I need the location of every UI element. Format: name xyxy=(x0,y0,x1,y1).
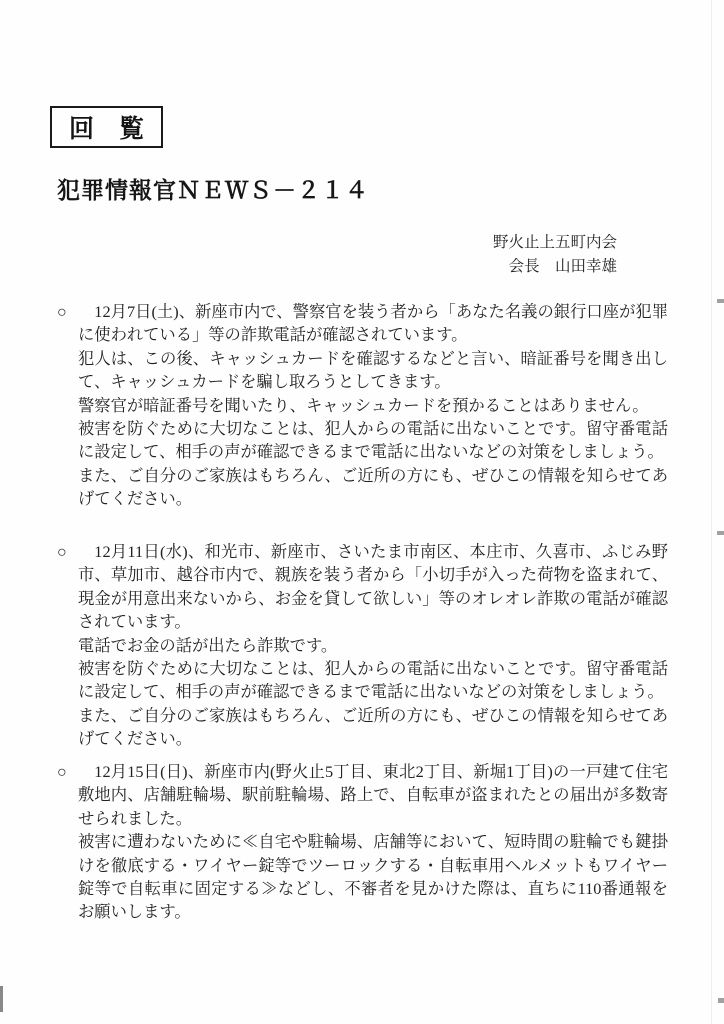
document-title: 犯罪情報官ＮＥＷＳ－２１４ xyxy=(57,172,369,205)
scan-edge-line xyxy=(711,0,712,1024)
issuer-organization: 野火止上五町内会 xyxy=(493,231,617,255)
section-paragraph: 12月11日(水)、和光市、新座市、さいたま市南区、本庄市、久喜市、ふじみ野市、… xyxy=(78,540,668,634)
issuer-representative: 会長 山田幸雄 xyxy=(493,255,617,279)
section-paragraph: 犯人は、この後、キャッシュカードを確認するなどと言い、暗証番号を聞き出して、キャ… xyxy=(78,347,668,394)
circle-bullet-icon: ○ xyxy=(57,541,67,564)
kairan-label: 回 覧 xyxy=(69,109,144,145)
notice-section-bicycle-theft-dec15: ○ 12月15日(日)、新座市内(野火止5丁目、東北2丁目、新堀1丁目)の一戸建… xyxy=(57,760,668,924)
section-paragraph: 警察官が暗証番号を聞いたり、キャッシュカードを預かることはありません。 xyxy=(78,394,668,417)
scan-artifact xyxy=(717,299,724,303)
section-paragraph: 被害を防ぐために大切なことは、犯人からの電話に出ないことです。留守番電話に設定し… xyxy=(78,657,668,704)
section-paragraph: 12月15日(日)、新座市内(野火止5丁目、東北2丁目、新堀1丁目)の一戸建て住… xyxy=(78,760,668,830)
kairan-circulation-stamp-box: 回 覧 xyxy=(50,106,163,148)
circle-bullet-icon: ○ xyxy=(57,761,67,784)
scan-artifact xyxy=(0,986,3,1012)
issuer-block: 野火止上五町内会 会長 山田幸雄 xyxy=(493,231,617,279)
scanned-document-page: 回 覧 犯罪情報官ＮＥＷＳ－２１４ 野火止上五町内会 会長 山田幸雄 ○ 12月… xyxy=(0,0,724,1024)
scan-artifact xyxy=(717,531,724,535)
section-paragraph: 電話でお金の話が出たら詐欺です。 xyxy=(78,634,668,657)
notice-section-fraud-calls-dec7: ○ 12月7日(土)、新座市内で、警察官を装う者から「あなた名義の銀行口座が犯罪… xyxy=(57,300,668,511)
scan-artifact xyxy=(718,998,724,1003)
notice-section-ore-ore-fraud-dec11: ○ 12月11日(水)、和光市、新座市、さいたま市南区、本庄市、久喜市、ふじみ野… xyxy=(57,540,668,751)
section-paragraph: また、ご自分のご家族はもちろん、ご近所の方にも、ぜひこの情報を知らせてあげてくだ… xyxy=(78,464,668,511)
circle-bullet-icon: ○ xyxy=(57,301,67,324)
section-paragraph: 被害を防ぐために大切なことは、犯人からの電話に出ないことです。留守番電話に設定し… xyxy=(78,417,668,464)
section-paragraph: 被害に遭わないために≪自宅や駐輪場、店舗等において、短時間の駐輪でも鍵掛けを徹底… xyxy=(78,830,668,924)
section-paragraph: 12月7日(土)、新座市内で、警察官を装う者から「あなた名義の銀行口座が犯罪に使… xyxy=(78,300,668,347)
section-paragraph: また、ご自分のご家族はもちろん、ご近所の方にも、ぜひこの情報を知らせてあげてくだ… xyxy=(78,704,668,751)
